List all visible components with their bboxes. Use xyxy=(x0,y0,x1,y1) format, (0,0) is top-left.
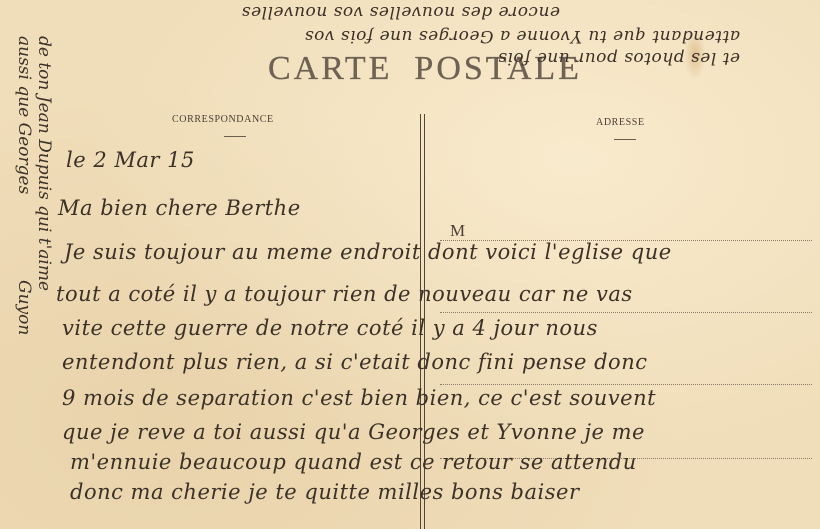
upside-down-note-line-2: attendant que tu Yvonne a Georges une fo… xyxy=(240,26,740,46)
message-line-3: vite cette guerre de notre coté il y a 4… xyxy=(62,316,598,340)
upside-down-note-line-1: encore des nouvelles vos nouvelles xyxy=(90,2,560,22)
upside-down-note-line-3: et les photos pour une fois xyxy=(440,48,740,68)
message-line-1: Je suis toujour au meme endroit dont voi… xyxy=(64,240,672,264)
title-word-carte: CARTE xyxy=(268,50,392,87)
message-date: le 2 Mar 15 xyxy=(66,148,195,172)
message-line-4: entendont plus rien, a si c'etait donc f… xyxy=(62,350,647,374)
message-line-6: que je reve a toi aussi qu'a Georges et … xyxy=(62,420,645,444)
message-line-5: 9 mois de separation c'est bien bien, ce… xyxy=(62,386,656,410)
message-salutation: Ma bien chere Berthe xyxy=(58,196,301,220)
address-line-2 xyxy=(440,312,812,313)
margin-note-signature: Guyon xyxy=(14,280,34,335)
address-prefix: M xyxy=(450,221,465,241)
message-line-7: m'ennuie beaucoup quand est ce retour se… xyxy=(70,450,637,474)
margin-note-line-2: aussi que Georges xyxy=(14,36,34,194)
address-underline xyxy=(614,139,636,140)
margin-note-line-1: de ton Jean Dupuis qui t'aime xyxy=(34,36,54,291)
address-label: ADRESSE xyxy=(596,117,645,128)
correspondance-underline xyxy=(224,136,246,137)
postcard-back: CARTEPOSTALE CORRESPONDANCE ADRESSE M en… xyxy=(0,0,820,529)
message-line-2: tout a coté il y a toujour rien de nouve… xyxy=(56,282,633,306)
correspondance-label: CORRESPONDANCE xyxy=(172,114,274,125)
address-line-3 xyxy=(440,384,812,385)
message-line-8: donc ma cherie je te quitte milles bons … xyxy=(70,480,579,504)
